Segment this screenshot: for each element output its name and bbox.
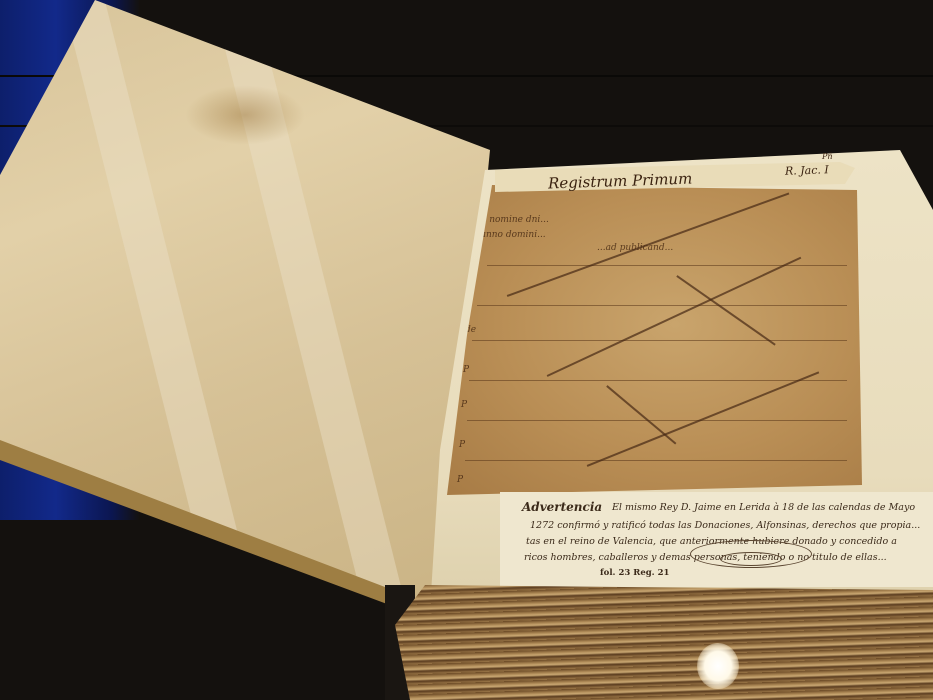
parchment-document: In nomine dni... ...anno domini... ...ad… <box>447 185 862 495</box>
light-reflection <box>697 643 739 689</box>
note-reference: fol. 23 Reg. 21 <box>600 568 669 578</box>
entry-mark: P <box>463 365 469 375</box>
corner-mark: Pñ <box>822 152 833 161</box>
note-line: El mismo Rey D. Jaime en Lerida à 18 de … <box>612 502 915 513</box>
signature-flourish <box>720 552 782 566</box>
entry-mark: P <box>457 475 463 485</box>
manuscript-line: ...ad publicand... <box>597 243 673 253</box>
manuscript-line: In nomine dni... <box>477 215 549 225</box>
page-edges <box>395 585 933 700</box>
water-stain <box>185 85 305 145</box>
note-line: 1272 confirmó y ratificó todas las Donac… <box>530 520 920 531</box>
note-heading: Advertencia <box>522 500 602 514</box>
register-title-suffix: R. Jac. I <box>785 163 829 178</box>
left-page <box>0 0 500 620</box>
entry-mark: P <box>461 400 467 410</box>
annotation-note: Advertencia El mismo Rey D. Jaime en Ler… <box>500 492 933 587</box>
entry-mark: P <box>459 440 465 450</box>
